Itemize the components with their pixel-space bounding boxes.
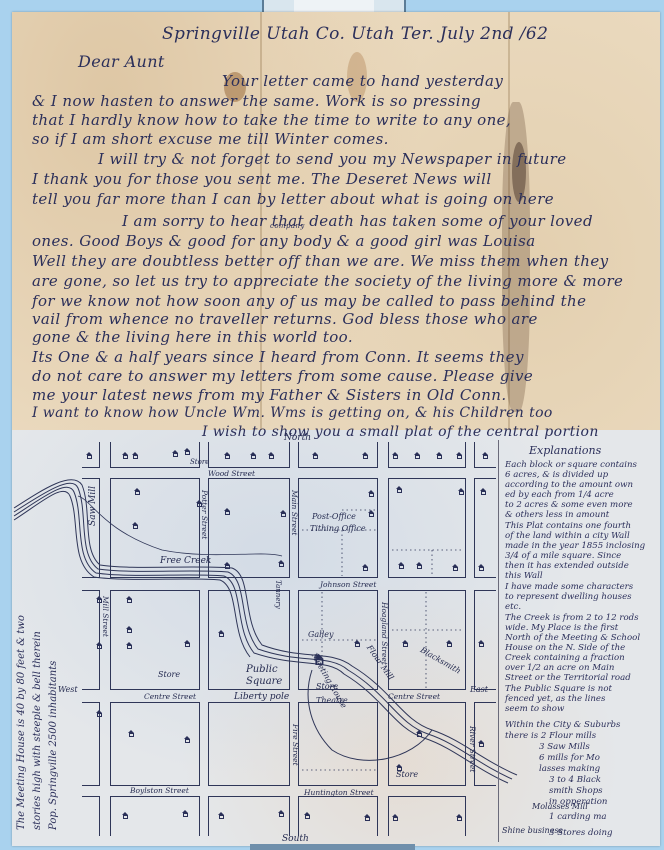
explanation-line: this Wall [505, 571, 543, 581]
letter-line: do not care to answer my letters from so… [32, 367, 533, 385]
explanation-line: Each block or square contains [505, 460, 637, 470]
side-note-meeting-house: stories high with steeple & bell therein [32, 631, 43, 830]
letter-line: so if I am short excuse me till Winter c… [32, 130, 389, 148]
explanation-line: over 1/2 an acre on Main [505, 663, 614, 673]
explanations-title: Explanations [529, 444, 601, 457]
explanation-line: Within the City & Suburbs [505, 720, 620, 730]
scanner-clip-top [262, 0, 406, 12]
house-icon [128, 730, 135, 737]
letter-line: Well they are doubtless better off than … [32, 252, 609, 270]
house-icon [184, 736, 191, 743]
explanation-line: The Public Square is not [505, 684, 612, 694]
letter-line: are gone, so let us try to appreciate th… [32, 272, 623, 290]
house-icon [132, 452, 139, 459]
galley-label: Galley [308, 630, 334, 639]
house-icon [368, 510, 375, 517]
direction-east: East [470, 685, 488, 694]
store-label: Store [396, 770, 418, 779]
explanation-line: Creek containing a fraction [505, 653, 625, 663]
letter-line: & I now hasten to answer the same. Work … [32, 92, 481, 110]
street-boylston: Boylston Street [130, 786, 189, 795]
house-icon [126, 596, 133, 603]
explanation-line: The Creek is from 2 to 12 rods [505, 613, 639, 623]
house-icon [196, 500, 203, 507]
letter-line: I want to know how Uncle Wm. Wms is gett… [32, 405, 553, 421]
house-icon [96, 596, 103, 603]
house-icon [354, 640, 361, 647]
house-icon [278, 560, 285, 567]
street-river: River Street [468, 726, 477, 772]
street-wood: Wood Street [208, 469, 255, 478]
house-icon [304, 812, 311, 819]
letter-line: me your latest news from my Father & Sis… [32, 386, 507, 404]
street-huntington: Huntington Street [304, 788, 374, 797]
house-icon [184, 640, 191, 647]
side-note-meeting-house: The Meeting House is 40 by 80 feet & two [16, 615, 27, 830]
house-icon [132, 522, 139, 529]
city-plat-map: I wish to show you a small plat of the c… [12, 430, 660, 846]
store-label: Store [316, 682, 338, 691]
street-fire: Fire Street [291, 724, 300, 766]
explanations-panel: Explanations Each block or square contai… [498, 440, 657, 842]
letter-line: I thank you for those you sent me. The D… [32, 170, 492, 188]
street-main: Main Street [290, 490, 299, 535]
explanation-line: 3 to 4 Black [549, 775, 601, 785]
house-icon [134, 488, 141, 495]
explanation-line: Street or the Territorial road [505, 673, 631, 683]
house-icon [86, 452, 93, 459]
house-icon [96, 642, 103, 649]
letter-line: Your letter came to hand yesterday [222, 72, 503, 90]
house-icon [392, 814, 399, 821]
letter-line: I will try & not forget to send you my N… [98, 150, 566, 168]
side-note-population: Pop. Springville 2500 inhabitants [48, 661, 59, 830]
liberty-pole-label: Liberty pole [234, 692, 289, 702]
letter-body: Springville Utah Co. Utah Ter. July 2nd … [12, 12, 660, 432]
store-label: Store [158, 670, 180, 679]
explanation-line: to represent dwelling houses [505, 592, 632, 602]
meeting-house-icon [314, 654, 336, 676]
explanation-line: This Plat contains one fourth [505, 521, 631, 531]
explanation-line: lasses making [539, 764, 600, 774]
street-johnson: Johnson Street [320, 580, 376, 589]
house-icon [396, 486, 403, 493]
explanation-line: in opperation [549, 797, 607, 807]
scanner-clip-bottom [250, 844, 415, 850]
explanation-line: there is 2 Flour mills [505, 731, 596, 741]
house-icon [122, 452, 129, 459]
house-icon [478, 640, 485, 647]
explanation-line: ed by each from 1/4 acre [505, 490, 614, 500]
explanation-line: wide. My Place is the first [505, 623, 618, 633]
house-icon [362, 564, 369, 571]
letter-line: Its One & a half years since I heard fro… [32, 348, 524, 366]
house-icon [482, 452, 489, 459]
house-icon [396, 764, 403, 771]
letter-line: I am sorry to hear that death has taken … [122, 212, 593, 230]
explanation-line: 3 Stores doing [549, 828, 613, 838]
explanation-line: smith Shops [549, 786, 603, 796]
house-icon [182, 810, 189, 817]
house-icon [312, 452, 319, 459]
explanation-line: according to the amount own [505, 480, 633, 490]
house-icon [218, 812, 225, 819]
public-square-label: Public [246, 664, 278, 675]
house-icon [250, 452, 257, 459]
house-icon [416, 730, 423, 737]
house-icon [268, 452, 275, 459]
tannery-label: Tannery [274, 580, 282, 609]
house-icon [456, 814, 463, 821]
explanation-line: 6 mills for Mo [539, 753, 600, 763]
post-office-label: Post-Office [312, 512, 356, 521]
house-icon [126, 642, 133, 649]
house-icon [224, 508, 231, 515]
direction-west: West [58, 685, 78, 694]
house-icon [218, 630, 225, 637]
house-icon [96, 710, 103, 717]
house-icon [280, 510, 287, 517]
house-icon [364, 814, 371, 821]
house-icon [436, 452, 443, 459]
house-icon [184, 448, 191, 455]
free-creek-label: Free Creek [160, 556, 211, 566]
letter-page: Springville Utah Co. Utah Ter. July 2nd … [12, 12, 660, 846]
house-icon [368, 490, 375, 497]
street-centre-west: Centre Street [144, 692, 196, 701]
explanation-line: I have made some characters [505, 582, 633, 592]
house-icon [362, 452, 369, 459]
explanation-line: to 2 acres & some even more [505, 500, 633, 510]
house-icon [392, 452, 399, 459]
letter-line: gone & the living here in this world too… [32, 328, 353, 346]
house-icon [458, 488, 465, 495]
house-icon [398, 562, 405, 569]
direction-north: North [284, 433, 311, 443]
house-icon [456, 452, 463, 459]
direction-south: South [282, 834, 309, 844]
house-icon [172, 450, 179, 457]
explanation-line: North of the Meeting & School [505, 633, 640, 643]
explanation-line: of the land within a city Wall [505, 531, 630, 541]
explanation-line: 1 carding ma [549, 812, 607, 822]
insertion-note: company [270, 222, 305, 230]
house-icon [126, 626, 133, 633]
house-icon [122, 812, 129, 819]
saw-mill-label: Saw Mill [88, 486, 98, 526]
house-icon [224, 452, 231, 459]
explanation-line: House on the N. Side of the [505, 643, 625, 653]
house-icon [416, 562, 423, 569]
house-icon [446, 640, 453, 647]
explanation-line: seem to show [505, 704, 564, 714]
house-icon [402, 640, 409, 647]
house-icon [414, 452, 421, 459]
house-icon [478, 740, 485, 747]
salutation: Dear Aunt [78, 52, 165, 71]
explanation-line: 6 acres, & is divided up [505, 470, 608, 480]
theatre-label: Theatre [316, 696, 348, 705]
explanation-line: 3 Saw Mills [539, 742, 590, 752]
street-centre-east: Centre Street [388, 692, 440, 701]
house-icon [452, 564, 459, 571]
explanation-line: & others less in amount [505, 510, 609, 520]
letter-line: ones. Good Boys & good for any body & a … [32, 232, 536, 250]
letter-line: that I hardly know how to take the time … [32, 111, 511, 129]
letter-line: for we know not how soon any of us may b… [32, 292, 586, 310]
tithing-office-label: Tithing Office [310, 524, 366, 533]
street-potter: Potter Street [200, 490, 209, 539]
house-icon [224, 562, 231, 569]
explanation-line: fenced yet, as the lines [505, 694, 605, 704]
house-icon [480, 488, 487, 495]
explanation-line: then it has extended outside [505, 561, 629, 571]
letter-line: vail from whence no traveller returns. G… [32, 310, 538, 328]
letter-line: tell you far more than I can by letter a… [32, 190, 554, 208]
house-icon [278, 810, 285, 817]
explanation-line: etc. [505, 602, 521, 612]
explanation-line: made in the year 1855 inclosing [505, 541, 645, 551]
store-label: Store [190, 458, 209, 466]
explanation-line: 3/4 of a mile square. Since [505, 551, 621, 561]
public-square-label: Square [246, 676, 282, 687]
house-icon [478, 564, 485, 571]
letter-heading: Springville Utah Co. Utah Ter. July 2nd … [162, 24, 548, 44]
